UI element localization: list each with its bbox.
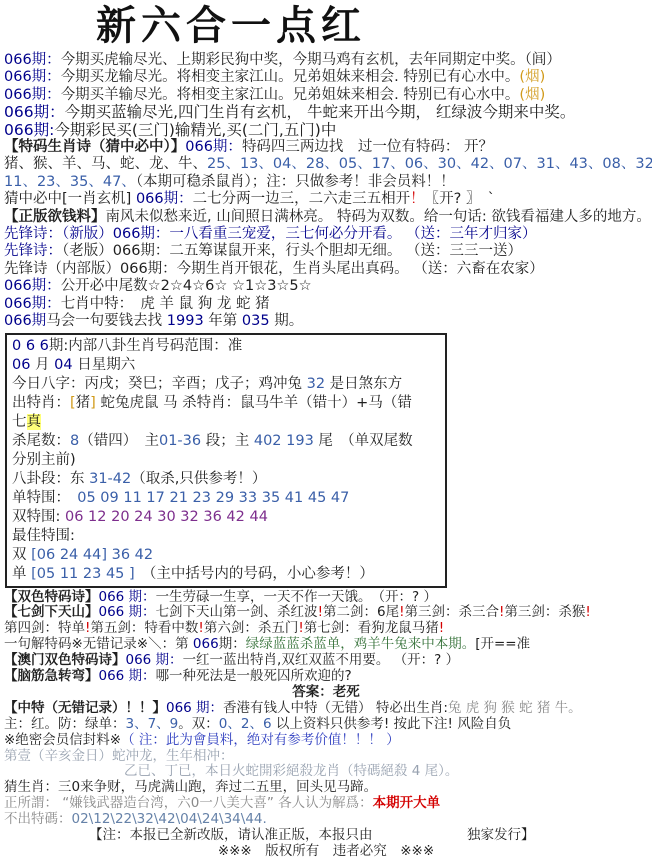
text-segment: 今期买蓝输尽光,四门生肖有玄机， 牛蛇来开出今期， 红绿波今期来中奖。	[65, 103, 576, 121]
text-line: 乙已、丁已，本日火蛇開彩絕殺龙肖（特碼絕殺 4 尾）。	[4, 764, 648, 780]
text-segment: 双	[12, 547, 31, 563]
text-segment: 出特肖：	[12, 395, 70, 411]
text-segment: 双特围:	[12, 509, 65, 525]
text-line: 八卦段：东 31-42（取杀,只供参考！）	[12, 470, 440, 489]
text-segment: 马会一句要钱去找	[46, 313, 167, 329]
text-segment: 【脑筋急转弯】	[4, 668, 99, 684]
text-line: 猜生肖：三0来争财，马虎满山跑，奔过二五里，回头见马蹄。	[4, 780, 648, 796]
text-segment: 月	[30, 357, 54, 373]
text-segment: 第五剑：特看中数	[90, 620, 198, 636]
text-line: 【澳门双色特码诗】066 期：一红一蓝出特肖,双红双蓝不用要。 （开：? ）	[4, 653, 648, 669]
text-segment: 066 期：	[166, 700, 223, 716]
text-segment: 第七剑：看狗龙鼠马猪	[304, 620, 439, 636]
text-segment: 特码四三两边找 过一位有特码： 开？	[242, 139, 493, 155]
text-segment: 06 12 20 24 30 32 36 42 44	[65, 509, 268, 525]
text-line: 双特围: 06 12 20 24 30 32 36 42 44	[12, 508, 440, 527]
text-segment: 兔 虎 狗 猴 蛇 猪 牛。	[448, 700, 582, 716]
text-segment: 02\12\22\32\42\04\24\34\44.	[72, 811, 267, 827]
text-segment: 一生劳碌一生享，一天不作一天饿。 （开：? ）	[156, 589, 437, 605]
text-line: 【正版欲钱料】南风未似愁来近, 山间照日满林亮。 特码为双数。给一句话: 欲钱看…	[4, 209, 648, 226]
text-segment: 066 期：	[99, 589, 156, 605]
text-segment: 3、7、9	[126, 716, 179, 732]
text-segment: 402 193	[254, 433, 314, 449]
text-segment: 猜生肖：三0来争财，马虎满山跑，奔过二五里，回头见马蹄。	[4, 779, 377, 795]
text-line: ※※※ 版权所有 违者必究 ※※※	[4, 844, 648, 860]
text-segment: 香港有钱人中特（无错） 特必出生肖:	[223, 700, 448, 716]
text-segment: !	[585, 604, 590, 620]
text-line: 先锋诗（内部版）066期：今期生肖开银花，生肖头尾出真码。 （送：六畜在农家）	[4, 261, 648, 278]
tip-sheet-page: 新六合一点红 066期：今期买虎输尽光、上期彩民狗中奖，今期马鸡有玄机，去年同期…	[0, 0, 652, 860]
text-segment: (烟)	[519, 87, 545, 103]
text-segment: 04	[54, 357, 72, 373]
text-segment: 南风未似愁来近, 山间照日满林亮。 特码为双数。给一句话: 欲钱看福建人多的地方…	[106, 209, 651, 225]
text-segment: 杀尾数：	[12, 433, 70, 449]
text-segment: 蛇兔虎鼠 马 杀特肖：鼠马牛羊（错十）+马（错	[96, 395, 412, 411]
text-line: 不出特碼：02\12\22\32\42\04\24\34\44.	[4, 812, 648, 828]
text-segment: 一句解特码※无错记录※＼：第	[4, 636, 193, 652]
text-segment: 1993	[167, 313, 204, 329]
text-segment: 066 期：	[99, 604, 156, 620]
text-segment: 最佳特围:	[12, 528, 75, 544]
text-segment: 一红一蓝出特肖,双红双蓝不用要。 （开：? ）	[183, 652, 460, 668]
text-line: 【脑筋急转弯】066 期：哪一种死法是一般死囚所欢迎的?	[4, 669, 648, 685]
text-segment: 分别主前)	[12, 452, 76, 468]
text-segment: 猪、猴、羊、马、蛇、龙、牛、	[4, 156, 207, 172]
text-segment: （取杀,只供参考！）	[131, 471, 266, 487]
text-segment: 第二剑：6尾	[323, 604, 399, 620]
text-segment: 066期：	[4, 69, 61, 85]
text-line: 066期:今期彩民买(三门)输精光,买(二门,五门)中	[4, 122, 648, 139]
text-line: 【中特（无错记录）！！】066 期：香港有钱人中特（无错） 特必出生肖:兔 虎 …	[4, 701, 648, 717]
text-segment: ※绝密会员信封料※	[4, 732, 121, 748]
text-line: 先锋诗：（老版）066期：二五筹谋鼠开来，行头个胆却无细。 （送：三三一送）	[4, 243, 648, 260]
text-segment: 01-36	[159, 433, 201, 449]
text-segment: [05 11 23 45 ]	[31, 566, 135, 582]
text-segment: 以上资料只供参考! 按此下注! 风险自负	[272, 716, 512, 732]
text-segment: 哪一种死法是一般死囚所欢迎的?	[156, 668, 352, 684]
text-segment: 066 期：	[126, 652, 183, 668]
text-line: 出特肖：[猪] 蛇兔虎鼠 马 杀特肖：鼠马牛羊（错十）+马（错	[12, 394, 440, 413]
text-segment: 是日煞东方	[325, 376, 402, 392]
text-segment: 。双：	[178, 716, 219, 732]
text-line: 066期：今期买羊输尽光。将相变主家江山。兄弟姐妹来相会. 特别已有心水中。(烟…	[4, 87, 648, 104]
text-segment: 066期：	[4, 296, 61, 312]
text-line: ※绝密会员信封料※（ 注：此为會員料，绝对有参考价值！！！ ）	[4, 733, 648, 749]
text-segment: 066期：	[4, 278, 61, 294]
text-segment: 第三剑：杀三合	[405, 604, 500, 620]
text-segment: 【正版欲钱料】	[4, 209, 106, 225]
text-segment: 第三剑：杀猴	[504, 604, 585, 620]
text-line: 11、23、35、47、（本期可稳杀鼠肖）；注：只做参考！非会员料！！	[4, 174, 648, 191]
text-segment: 【注：本报已全新改版，请认准正版，本报只由 独家发行】	[89, 827, 535, 843]
text-segment: 绿绿蓝蓝杀蓝单，鸡羊牛兔来中本期。	[246, 636, 476, 652]
text-segment: 066期:	[4, 121, 54, 139]
text-segment: （主中括号内的号码，小心参考！）	[135, 566, 374, 582]
text-segment: 066	[193, 636, 219, 652]
text-line: 066期马会一句要钱去找 1993 年第 035 期。	[4, 313, 648, 330]
text-line: 066期：今期买龙输尽光。将相变主家江山。兄弟姐妹来相会. 特别已有心水中。(烟…	[4, 69, 648, 86]
text-line: 06 月 04 日星期六	[12, 356, 440, 375]
text-segment: 06	[12, 357, 30, 373]
text-segment: 【双色特码诗】	[4, 589, 99, 605]
text-segment: 今期买龙输尽光。将相变主家江山。兄弟姐妹来相会. 特别已有心水中。	[61, 69, 520, 85]
text-segment: 今期彩民买(三门)输精光,买(二门,五门)中	[54, 121, 336, 139]
text-segment: 真	[27, 414, 42, 430]
text-line: 0 6 6期:内部八卦生肖号码范围：准	[12, 337, 440, 356]
text-segment: 先锋诗：（新版）066期：一八看重三宠爱，三七何必分开看。 （送：三年才归家）	[4, 226, 537, 242]
text-segment: （ 注：此为會員料，绝对有参考价值！！！ ）	[121, 732, 400, 748]
bagua-info-box: 0 6 6期:内部八卦生肖号码范围：准 06 月 04 日星期六 今日八字：丙戌…	[5, 333, 447, 588]
top-text-section: 066期：今期买虎输尽光、上期彩民狗中奖，今期马鸡有玄机，去年同期定中奖。（闾）…	[4, 52, 648, 331]
text-segment: ※※※ 版权所有 违者必究 ※※※	[218, 843, 434, 859]
text-line: 猪、猴、羊、马、蛇、龙、牛、25、13、04、28、05、17、06、30、42…	[4, 156, 648, 173]
text-line: 先锋诗：（新版）066期：一八看重三宠爱，三七何必分开看。 （送：三年才归家）	[4, 226, 648, 243]
text-segment: 单	[12, 566, 31, 582]
text-segment: 年第	[204, 313, 242, 329]
text-segment: 不出特碼：	[4, 811, 72, 827]
text-segment: 本期开大单	[373, 795, 441, 811]
text-segment: 05 09 11 17 21 23 29 33 35 41 45 47	[77, 490, 349, 506]
text-line: 正所謂： “嫌钱武器造台湾，六0一八美大喜” 各人认为解爲：本期开大单	[4, 796, 648, 812]
text-segment: 0、2、6	[219, 716, 272, 732]
text-segment: 日星期六	[73, 357, 136, 373]
text-line: 分别主前)	[12, 451, 440, 470]
text-line: 最佳特围:	[12, 527, 440, 546]
text-segment: （错四） 主	[79, 433, 159, 449]
text-segment: 066期	[4, 313, 46, 329]
text-line: 066期：今期买虎输尽光、上期彩民狗中奖，今期马鸡有玄机，去年同期定中奖。（闾）	[4, 52, 648, 69]
text-segment: 〖开? 〗	[425, 191, 474, 207]
text-segment: 二七分两一边三，二六走三五相开	[193, 191, 411, 207]
text-line: 主：红。防：绿单：3、7、9。双：0、2、6 以上资料只供参考! 按此下注! 风…	[4, 717, 648, 733]
text-line: 【特码生肖诗（猜中必中）】066期：特码四三两边找 过一位有特码： 开？	[4, 139, 648, 156]
text-segment: 期:内部八卦生肖号码范围：准	[49, 338, 242, 354]
text-segment: 今期买羊输尽光。将相变主家江山。兄弟姐妹来相会. 特别已有心水中。	[61, 87, 520, 103]
text-segment: 066期：	[4, 87, 61, 103]
text-segment: `	[473, 191, 495, 207]
page-title: 新六合一点红	[96, 4, 648, 48]
text-segment: 段；主	[201, 433, 254, 449]
text-line: 杀尾数：8（错四） 主01-36 段；主 402 193 尾 （单双尾数	[12, 432, 440, 451]
text-segment: 0 6 6	[12, 338, 49, 354]
text-line: 今日八字：丙戌；癸巳；辛酉；戊子；鸡冲兔 32 是日煞东方	[12, 375, 440, 394]
text-segment: 066期：	[4, 52, 61, 68]
text-segment: 七	[12, 414, 27, 430]
text-segment: 【中特（无错记录）！！】	[4, 700, 166, 716]
text-line: 一句解特码※无错记录※＼：第 066期：绿绿蓝蓝杀蓝单，鸡羊牛兔来中本期。[开=…	[4, 637, 648, 653]
text-segment: !	[439, 620, 444, 636]
text-line: 七真	[12, 413, 440, 432]
text-segment: 066期：	[4, 103, 65, 121]
text-segment: 尾 （单双尾数	[314, 433, 413, 449]
text-segment: 32	[307, 376, 325, 392]
text-segment: [开==准	[475, 636, 530, 652]
text-segment: 期。	[270, 313, 304, 329]
text-segment: 先锋诗：	[4, 243, 62, 259]
text-segment: 猪	[76, 395, 91, 411]
text-segment: 乙已、丁已，本日火蛇開彩絕殺龙肖（特碼絕殺 4 尾）。	[124, 763, 458, 779]
text-segment: 猜中必中[一肖玄机]	[4, 191, 136, 207]
text-segment: 单特围：	[12, 490, 77, 506]
text-line: 【注：本报已全新改版，请认准正版，本报只由 独家发行】	[4, 828, 648, 844]
text-line: 066期：今期买蓝输尽光,四门生肖有玄机， 牛蛇来开出今期， 红绿波今期来中奖。	[4, 104, 648, 121]
text-segment: 066 期：	[99, 668, 156, 684]
text-segment: 八卦段：东	[12, 471, 89, 487]
text-line: 答案：老死	[4, 685, 648, 701]
text-segment: 公开必中尾数☆2☆4☆6☆ ☆1☆3☆5☆	[61, 278, 312, 294]
text-segment: 【特码生肖诗（猜中必中）】	[4, 139, 185, 155]
text-segment: 期：	[219, 636, 246, 652]
text-line: 066期：公开必中尾数☆2☆4☆6☆ ☆1☆3☆5☆	[4, 278, 648, 295]
text-segment: 先锋诗（内部版）066期：今期生肖开银花，生肖头尾出真码。 （送：六畜在农家）	[4, 261, 544, 277]
text-segment: 【七剑下天山】	[4, 604, 99, 620]
text-line: 【七剑下天山】066 期：七剑下天山第一剑、杀红波!第二剑：6尾!第三剑：杀三合…	[4, 605, 648, 621]
text-line: 066期：七肖中特： 虎 羊 鼠 狗 龙 蛇 猪	[4, 296, 648, 313]
text-segment: 正所謂： “嫌钱武器造台湾，六0一八美大喜” 各人认为解爲：	[4, 795, 373, 811]
text-line: 单特围： 05 09 11 17 21 23 29 33 35 41 45 47	[12, 489, 440, 508]
text-segment: 8	[70, 433, 79, 449]
text-segment: 035	[242, 313, 270, 329]
text-segment: 11、23、35、47、	[4, 174, 136, 190]
text-segment: （本期可稳杀鼠肖）；注：只做参考！非会员料！！	[136, 174, 455, 190]
text-segment: 答案：老死	[292, 684, 360, 700]
text-segment: 七剑下天山第一剑、杀红波	[156, 604, 318, 620]
text-segment: （老版）066期：二五筹谋鼠开来，行头个胆却无细。 （送：三三一送）	[62, 243, 522, 259]
text-segment: (烟)	[519, 69, 545, 85]
text-segment: 第壹（辛亥金日）蛇冲龙，生年相冲：	[4, 748, 234, 764]
text-segment: 今期买虎输尽光、上期彩民狗中奖，今期马鸡有玄机，去年同期定中奖。（闾）	[61, 52, 561, 68]
text-segment: 第六剑：杀五门	[204, 620, 299, 636]
text-segment: 七肖中特： 虎 羊 鼠 狗 龙 蛇 猪	[61, 296, 270, 312]
text-segment: 31-42	[89, 471, 131, 487]
text-line: 第四剑：特单!第五剑：特看中数!第六剑：杀五门!第七剑：看狗龙鼠马猪!	[4, 621, 648, 637]
text-segment: 主：红。防：绿单：	[4, 716, 126, 732]
bottom-text-section: 【双色特码诗】066 期：一生劳碌一生享，一天不作一天饿。 （开：? ）【七剑下…	[4, 590, 648, 860]
text-segment: 066期：	[185, 139, 242, 155]
text-segment: 第四剑：特单	[4, 620, 85, 636]
text-segment: [06 24 44] 36 42	[31, 547, 153, 563]
text-line: 猜中必中[一肖玄机] 066期：二七分两一边三，二六走三五相开！〖开? 〗 `	[4, 191, 648, 208]
text-segment: 066期：	[136, 191, 193, 207]
text-segment: 25、13、04、28、05、17、06、30、42、07、31、43、08、3…	[207, 156, 652, 172]
text-segment: ！	[410, 191, 425, 207]
text-line: 单 [05 11 23 45 ] （主中括号内的号码，小心参考！）	[12, 565, 440, 584]
text-segment: 【澳门双色特码诗】	[4, 652, 126, 668]
text-segment: 今日八字：丙戌；癸巳；辛酉；戊子；鸡冲兔	[12, 376, 307, 392]
text-line: 双 [06 24 44] 36 42	[12, 546, 440, 565]
